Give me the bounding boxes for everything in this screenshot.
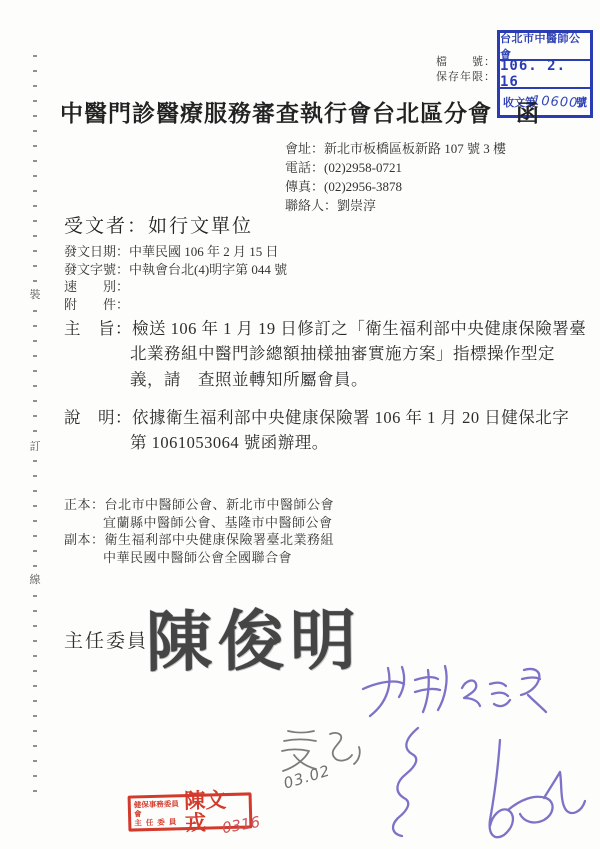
binding-mark-xian: 線 [28,573,42,588]
original-copy-line-1: 正本：台北市中醫師公會、新北市中醫師公會 [64,494,334,513]
contact-phone: 電話：(02)2958-0721 [285,158,506,177]
subject-line-1: 主 旨：檢送 106 年 1 月 19 日修訂之「衛生福利部中央健康保險署臺 [64,315,586,339]
subject-line-2: 北業務組中醫門診總額抽樣抽審實施方案」指標操作型定 [130,340,555,364]
scanned-official-letter: 裝 訂 線 檔 號： 保存年限： 台北市中醫師公會 106. 2. 16 收文第… [0,0,600,849]
file-number-labels: 檔 號： 保存年限： [436,55,496,85]
subject-line-3: 義，請 查照並轉知所屬會員。 [130,366,368,390]
red-stamp-committee-line2: 主任委員 [134,817,185,827]
meta-block: 發文日期：中華民國 106 年 2 月 15 日 發文字號：中執會台北(4)明字… [64,243,287,313]
cc-copy-line-1: 副本：衛生福利部中央健康保險署臺北業務組 [64,529,334,548]
issue-date-line: 發文日期：中華民國 106 年 2 月 15 日 [64,243,287,261]
explanation-line-1: 說 明：依據衛生福利部中央健康保險署 106 年 1 月 20 日健保北字 [64,404,569,428]
contact-person: 聯絡人：劉崇淳 [285,196,506,215]
reception-stamp-date: 106. 2. 16 [500,61,590,89]
red-stamp-committee-line1: 健保事務委員會 [134,799,185,818]
cc-copy-line-2: 中華民國中醫師公會全國聯合會 [103,547,292,566]
retention-label: 保存年限： [436,70,496,85]
document-title: 中醫門診醫療服務審查執行會台北區分會 函 [60,95,540,128]
attachment-line: 附 件： [64,296,287,314]
red-stamp-committee-text: 健保事務委員會 主任委員 [134,799,185,827]
recipient-line: 受文者：如行文單位 [64,211,253,238]
contact-address: 會址：新北市板橋區板新路 107 號 3 樓 [285,139,506,158]
binding-mark-ding: 訂 [28,440,42,455]
binding-dotted-line [33,55,37,797]
contact-fax: 傳真：(02)2956-3878 [285,177,506,196]
chairman-title: 主任委員 [64,626,148,653]
doc-number-line: 發文字號：中執會台北(4)明字第 044 號 [64,261,287,279]
speed-line: 速 別： [64,278,287,296]
purple-handwritten-note-and-signature [358,658,594,846]
receipt-number-handwritten: 106007 [532,94,588,112]
binding-mark-zhuang: 裝 [28,288,42,303]
explanation-line-2: 第 1061053064 號函辦理。 [130,429,329,453]
chairman-name-stamp: 陳俊明 [146,587,363,684]
reception-stamp-org: 台北市中醫師公會 [500,33,590,61]
file-number-label: 檔 號： [436,55,496,70]
contact-block: 會址：新北市板橋區板新路 107 號 3 樓 電話：(02)2958-0721 … [285,139,506,215]
